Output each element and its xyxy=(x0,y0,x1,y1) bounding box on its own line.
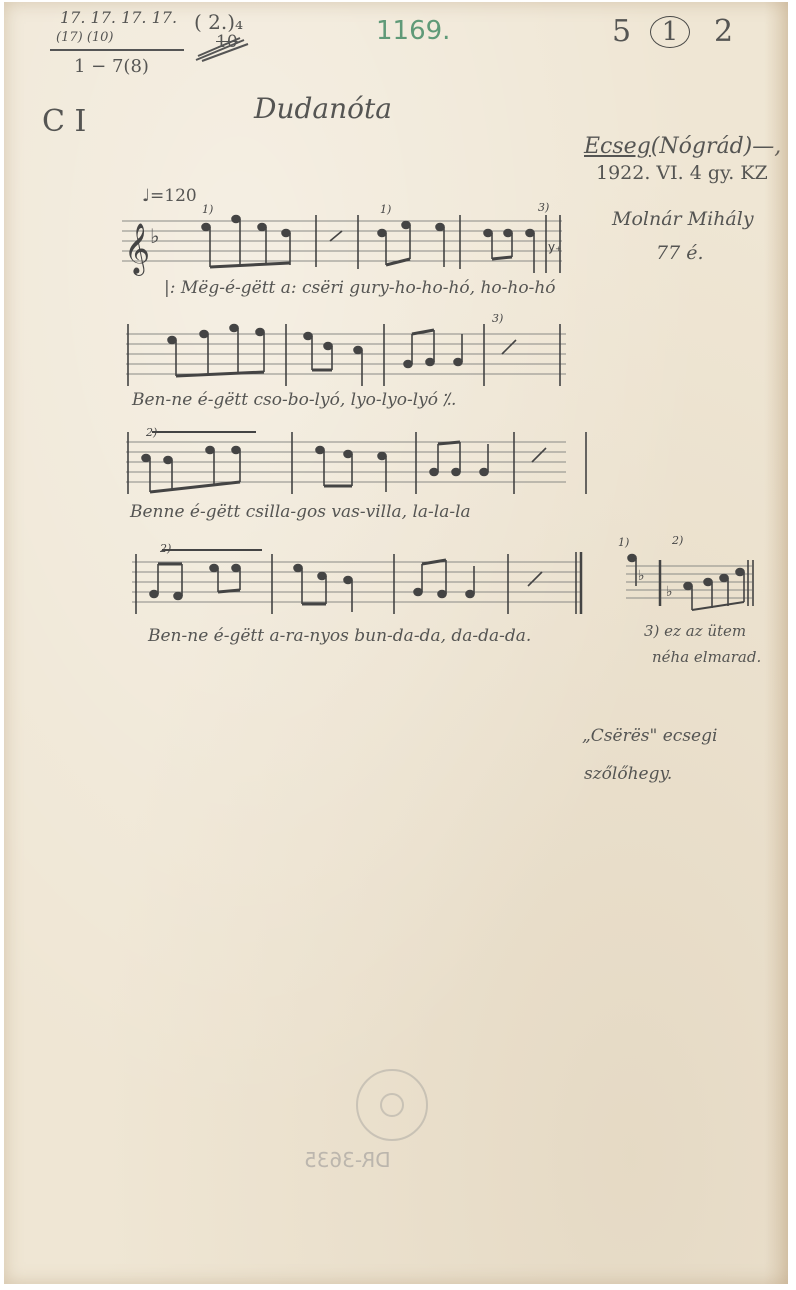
singer-name: Molnár Mihály xyxy=(612,208,754,230)
fraction-rule xyxy=(50,49,184,51)
footnote-mark-2-staff3: 2) xyxy=(145,426,157,439)
staff-2: 3) xyxy=(126,320,566,390)
staff-1: 𝄞 ♭ y₊ 1) 1) 3) xyxy=(122,207,562,277)
footnote-mark-3: 3) xyxy=(538,201,549,214)
variant-mark-1: 1) xyxy=(618,536,629,549)
song-title: Dudanóta xyxy=(254,92,392,125)
catalog-number: 1169. xyxy=(376,16,450,46)
lyrics-line-3: Benne é-gëtt csilla-gos vas-villa, la-la… xyxy=(130,502,471,522)
footnote-mark-2-staff4: 2) xyxy=(159,542,171,555)
date-collector: 1922. VI. 4 gy. KZ xyxy=(596,162,768,184)
footnote-3-line2: néha elmarad. xyxy=(652,648,761,666)
stamp-emblem xyxy=(380,1093,404,1117)
place-name: Ecseg xyxy=(584,134,651,159)
svg-text:𝄞: 𝄞 xyxy=(124,223,150,276)
county: (Nógrád) xyxy=(651,134,752,159)
ref-right: 2 xyxy=(714,14,733,49)
footnote-mark-3-staff2: 3) xyxy=(492,312,503,325)
location-note-line2: szőlőhegy. xyxy=(584,764,672,784)
manuscript-page: 17. 17. 17. 17. (17) (10) 1 − 7(8) ( 2.)… xyxy=(4,2,788,1284)
class-code: C I xyxy=(42,104,86,139)
strikeout-scribble xyxy=(194,34,254,64)
counts-bottom: 1 − 7(8) xyxy=(74,56,149,77)
footnote-mark-1: 1) xyxy=(202,203,213,216)
variant-mark-2: 2) xyxy=(671,534,683,547)
svg-text:♭: ♭ xyxy=(150,224,159,248)
archive-stamp xyxy=(356,1069,428,1141)
location-note-line1: „Csërës" ecsegi xyxy=(582,726,717,746)
lyrics-line-4: Ben-ne é-gëtt a-ra-nyos bun-da-da, da-da… xyxy=(148,626,531,646)
bracket-note: ( 2.)₄ xyxy=(194,10,243,34)
svg-text:y₊: y₊ xyxy=(548,240,561,254)
ref-left: 5 xyxy=(612,14,631,49)
footnote-3-line1: 3) ez az ütem xyxy=(644,622,746,640)
place: Ecseg(Nógrád)—, xyxy=(584,134,781,159)
svg-text:♭: ♭ xyxy=(666,584,673,600)
lyrics-line-2: Ben-ne é-gëtt cso-bo-lyó, lyo-lyo-lyó ⁒. xyxy=(132,390,456,410)
lyrics-line-1: |: Mëg-é-gëtt a: csëri gury-ho-ho-hó, ho… xyxy=(164,278,556,298)
counts-paren: (17) (10) xyxy=(56,30,114,45)
ref-circled: 1 xyxy=(650,16,690,48)
staff-4: 2) xyxy=(132,542,592,618)
archive-number: DR-3635 xyxy=(304,1148,391,1172)
footnote-mark-1b: 1) xyxy=(380,203,391,216)
tempo-marking: ♩=120 xyxy=(142,186,197,206)
variant-staff: ♭ ♭ 1) 2) xyxy=(616,530,756,610)
ref-circled-number: 1 xyxy=(650,16,690,48)
svg-text:♭: ♭ xyxy=(638,568,645,584)
counts-top: 17. 17. 17. 17. xyxy=(60,8,177,27)
staff-3: 2) xyxy=(126,424,566,498)
singer-age: 77 é. xyxy=(656,242,704,264)
